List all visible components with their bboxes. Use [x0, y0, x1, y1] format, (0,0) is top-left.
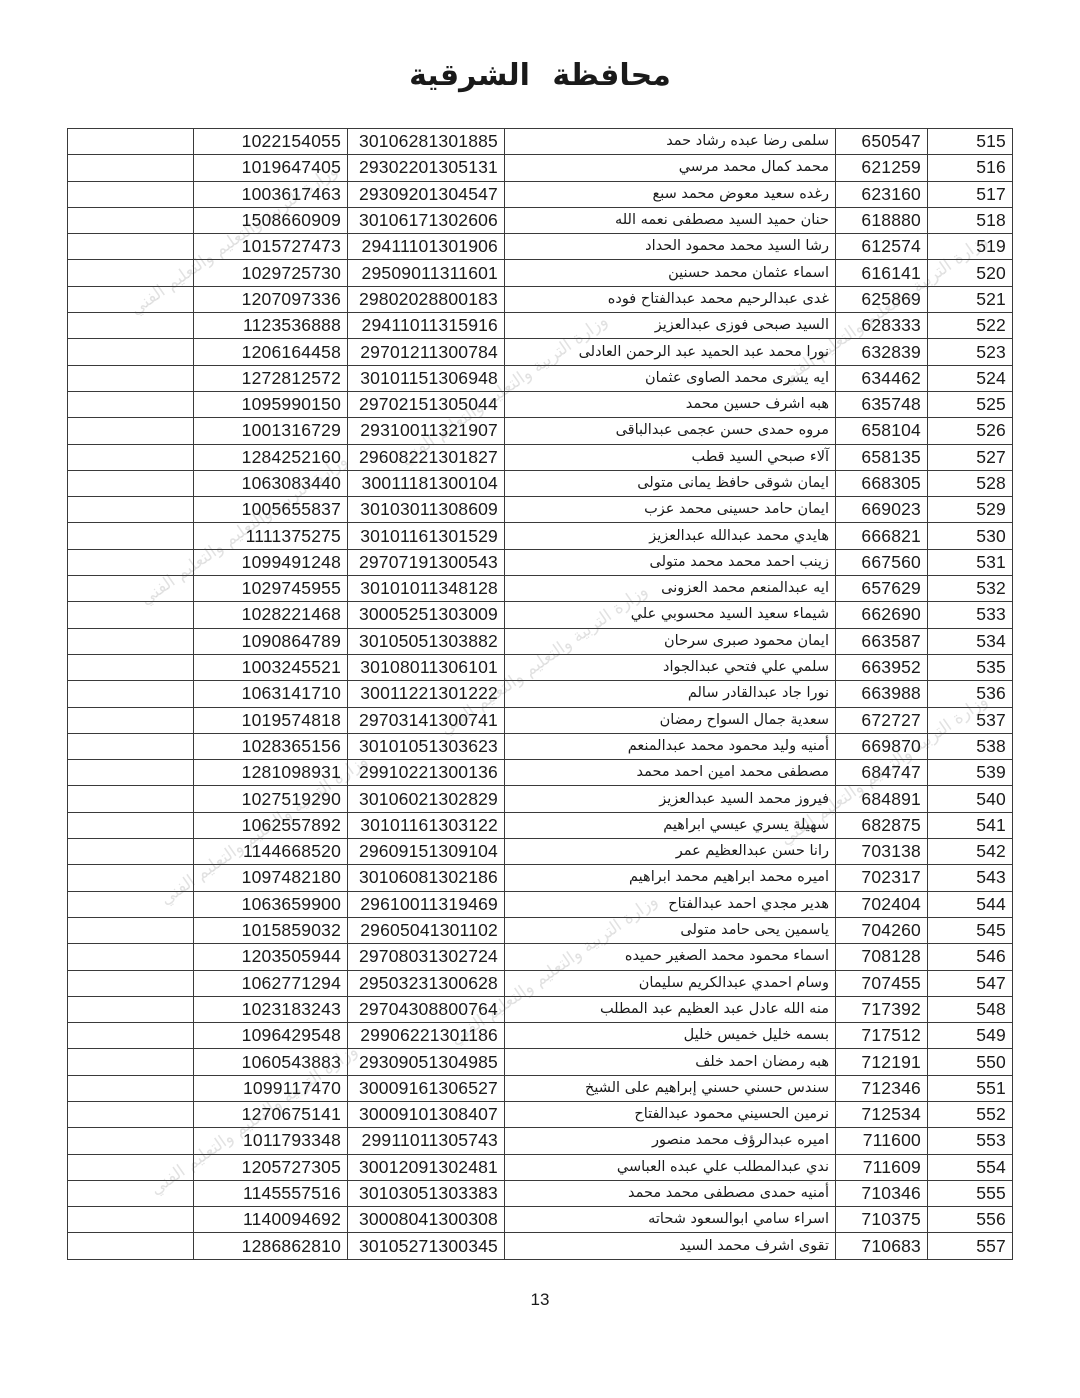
code-cell: 632839: [836, 339, 928, 365]
extra-cell: [68, 602, 194, 628]
seq-cell: 530: [928, 523, 1013, 549]
code-cell: 707455: [836, 970, 928, 996]
name-cell: آلاء صبحي السيد قطب: [505, 444, 836, 470]
extra-cell: [68, 681, 194, 707]
name-cell: اميره محمد ابراهيم محمد ابراهيم: [505, 865, 836, 891]
code-cell: 712346: [836, 1075, 928, 1101]
seq-cell: 516: [928, 155, 1013, 181]
national-id-cell: 30008041300308: [348, 1207, 505, 1233]
phone-cell: 1508660909: [194, 207, 348, 233]
national-id-cell: 30106171302606: [348, 207, 505, 233]
phone-cell: 1003245521: [194, 654, 348, 680]
extra-cell: [68, 865, 194, 891]
seq-cell: 541: [928, 812, 1013, 838]
national-id-cell: 29704308800764: [348, 996, 505, 1022]
table-row: 1019647405 29302201305131 محمد كمال محمد…: [68, 155, 1013, 181]
national-id-cell: 30108011306101: [348, 654, 505, 680]
table-row: 1062557892 30101161303122 سهيلة يسري عيس…: [68, 812, 1013, 838]
code-cell: 712534: [836, 1101, 928, 1127]
code-cell: 612574: [836, 234, 928, 260]
table-row: 1062771294 29503231300628 وسام احمدي عبد…: [68, 970, 1013, 996]
extra-cell: [68, 181, 194, 207]
table-row: 1063659900 29610011319469 هدير مجدي احمد…: [68, 891, 1013, 917]
table-row: 1145557516 30103051303383 أمنيه حمدى مصط…: [68, 1180, 1013, 1206]
seq-cell: 543: [928, 865, 1013, 891]
national-id-cell: 30103051303383: [348, 1180, 505, 1206]
name-cell: شيماء سعيد السيد محسوبي علي: [505, 602, 836, 628]
name-cell: مصطفى محمد امين احمد محمد: [505, 760, 836, 786]
code-cell: 717512: [836, 1023, 928, 1049]
table-row: 1097482180 30106081302186 اميره محمد ابر…: [68, 865, 1013, 891]
seq-cell: 542: [928, 839, 1013, 865]
seq-cell: 538: [928, 733, 1013, 759]
national-id-cell: 29605041301102: [348, 917, 505, 943]
extra-cell: [68, 1207, 194, 1233]
extra-cell: [68, 234, 194, 260]
code-cell: 618880: [836, 207, 928, 233]
seq-cell: 518: [928, 207, 1013, 233]
code-cell: 634462: [836, 365, 928, 391]
national-id-cell: 29310011321907: [348, 418, 505, 444]
phone-cell: 1272812572: [194, 365, 348, 391]
code-cell: 657629: [836, 576, 928, 602]
extra-cell: [68, 549, 194, 575]
extra-cell: [68, 1075, 194, 1101]
phone-cell: 1063141710: [194, 681, 348, 707]
code-cell: 711600: [836, 1128, 928, 1154]
national-id-cell: 30101151306948: [348, 365, 505, 391]
table-row: 1015727473 29411101301906 رشا السيد محمد…: [68, 234, 1013, 260]
national-id-cell: 29911011305743: [348, 1128, 505, 1154]
national-id-cell: 30009161306527: [348, 1075, 505, 1101]
phone-cell: 1019647405: [194, 155, 348, 181]
phone-cell: 1145557516: [194, 1180, 348, 1206]
phone-cell: 1060543883: [194, 1049, 348, 1075]
extra-cell: [68, 733, 194, 759]
extra-cell: [68, 470, 194, 496]
national-id-cell: 29411101301906: [348, 234, 505, 260]
national-id-cell: 29609151309104: [348, 839, 505, 865]
name-cell: ايمان شوقى حافظ يمانى متولى: [505, 470, 836, 496]
name-cell: السيد صبحى فوزى عبدالعزيز: [505, 313, 836, 339]
seq-cell: 515: [928, 129, 1013, 155]
seq-cell: 553: [928, 1128, 1013, 1154]
seq-cell: 552: [928, 1101, 1013, 1127]
table-row: 1027519290 30106021302829 فيروز محمد الس…: [68, 786, 1013, 812]
phone-cell: 1015727473: [194, 234, 348, 260]
code-cell: 663952: [836, 654, 928, 680]
name-cell: محمد كمال محمد مرسي: [505, 155, 836, 181]
table-row: 1281098931 29910221300136 مصطفى محمد امي…: [68, 760, 1013, 786]
national-id-cell: 30101161301529: [348, 523, 505, 549]
phone-cell: 1099491248: [194, 549, 348, 575]
code-cell: 672727: [836, 707, 928, 733]
national-id-cell: 29608221301827: [348, 444, 505, 470]
phone-cell: 1097482180: [194, 865, 348, 891]
national-id-cell: 29610011319469: [348, 891, 505, 917]
name-cell: حنان حميد السيد مصطفى نعمه الله: [505, 207, 836, 233]
extra-cell: [68, 444, 194, 470]
seq-cell: 527: [928, 444, 1013, 470]
seq-cell: 557: [928, 1233, 1013, 1259]
seq-cell: 533: [928, 602, 1013, 628]
name-cell: اسراء سامي ابوالسعود شحاته: [505, 1207, 836, 1233]
seq-cell: 520: [928, 260, 1013, 286]
name-cell: وسام احمدي عبدالكريم سليمان: [505, 970, 836, 996]
phone-cell: 1029725730: [194, 260, 348, 286]
extra-cell: [68, 1154, 194, 1180]
code-cell: 663587: [836, 628, 928, 654]
table-row: 1508660909 30106171302606 حنان حميد السي…: [68, 207, 1013, 233]
code-cell: 684891: [836, 786, 928, 812]
national-id-cell: 29906221301186: [348, 1023, 505, 1049]
name-cell: ايمان محمود صبرى سرحان: [505, 628, 836, 654]
phone-cell: 1206164458: [194, 339, 348, 365]
phone-cell: 1090864789: [194, 628, 348, 654]
code-cell: 663988: [836, 681, 928, 707]
phone-cell: 1003617463: [194, 181, 348, 207]
table-row: 1005655837 30103011308609 ايمان حامد حسي…: [68, 497, 1013, 523]
code-cell: 711609: [836, 1154, 928, 1180]
national-id-cell: 29503231300628: [348, 970, 505, 996]
code-cell: 667560: [836, 549, 928, 575]
phone-cell: 1015859032: [194, 917, 348, 943]
name-cell: ايه عبدالمنعم محمد العزونى: [505, 576, 836, 602]
code-cell: 623160: [836, 181, 928, 207]
name-cell: هبه رمضان احمد خلف: [505, 1049, 836, 1075]
code-cell: 625869: [836, 286, 928, 312]
national-id-cell: 30101051303623: [348, 733, 505, 759]
table-row: 1029725730 29509011311601 اسماء عثمان مح…: [68, 260, 1013, 286]
name-cell: سندس حسني حسني إبراهيم على الشيخ: [505, 1075, 836, 1101]
seq-cell: 531: [928, 549, 1013, 575]
phone-cell: 1062771294: [194, 970, 348, 996]
phone-cell: 1063659900: [194, 891, 348, 917]
table-row: 1011793348 29911011305743 اميره عبدالرؤف…: [68, 1128, 1013, 1154]
table-row: 1015859032 29605041301102 ياسمين يحى حام…: [68, 917, 1013, 943]
name-cell: هدير مجدي احمد عبدالفتاح: [505, 891, 836, 917]
code-cell: 621259: [836, 155, 928, 181]
phone-cell: 1063083440: [194, 470, 348, 496]
table-row: 1001316729 29310011321907 مروه حمدى حسن …: [68, 418, 1013, 444]
seq-cell: 536: [928, 681, 1013, 707]
extra-cell: [68, 391, 194, 417]
table-row: 1003245521 30108011306101 سلمي علي فتحي …: [68, 654, 1013, 680]
name-cell: أمنيه حمدى مصطفى محمد محمد: [505, 1180, 836, 1206]
table-row: 1144668520 29609151309104 رانا حسن عبدال…: [68, 839, 1013, 865]
extra-cell: [68, 286, 194, 312]
table-row: 1095990150 29702151305044 هبه اشرف حسين …: [68, 391, 1013, 417]
national-id-cell: 29702151305044: [348, 391, 505, 417]
seq-cell: 544: [928, 891, 1013, 917]
phone-cell: 1019574818: [194, 707, 348, 733]
table-row: 1284252160 29608221301827 آلاء صبحي السي…: [68, 444, 1013, 470]
seq-cell: 528: [928, 470, 1013, 496]
extra-cell: [68, 707, 194, 733]
extra-cell: [68, 155, 194, 181]
code-cell: 684747: [836, 760, 928, 786]
national-id-cell: 30106021302829: [348, 786, 505, 812]
extra-cell: [68, 129, 194, 155]
name-cell: أمنيه وليد محمود محمد عبدالمنعم: [505, 733, 836, 759]
phone-cell: 1203505944: [194, 944, 348, 970]
phone-cell: 1205727305: [194, 1154, 348, 1180]
extra-cell: [68, 760, 194, 786]
name-cell: غدى عبدالرحيم محمد عبدالفتاح فوده: [505, 286, 836, 312]
table-row: 1206164458 29701211300784 نورا محمد عبد …: [68, 339, 1013, 365]
phone-cell: 1005655837: [194, 497, 348, 523]
name-cell: مروه حمدى حسن عجمى عبدالباقى: [505, 418, 836, 444]
phone-cell: 1123536888: [194, 313, 348, 339]
table-row: 1123536888 29411011315916 السيد صبحى فوز…: [68, 313, 1013, 339]
national-id-cell: 30106081302186: [348, 865, 505, 891]
extra-cell: [68, 1128, 194, 1154]
code-cell: 635748: [836, 391, 928, 417]
national-id-cell: 30011221301222: [348, 681, 505, 707]
code-cell: 710346: [836, 1180, 928, 1206]
national-id-cell: 29708031302724: [348, 944, 505, 970]
phone-cell: 1023183243: [194, 996, 348, 1022]
phone-cell: 1286862810: [194, 1233, 348, 1259]
table-row: 1063083440 30011181300104 ايمان شوقى حاف…: [68, 470, 1013, 496]
code-cell: 682875: [836, 812, 928, 838]
phone-cell: 1111375275: [194, 523, 348, 549]
table-row: 1286862810 30105271300345 تقوى اشرف محمد…: [68, 1233, 1013, 1259]
code-cell: 712191: [836, 1049, 928, 1075]
extra-cell: [68, 365, 194, 391]
extra-cell: [68, 1233, 194, 1259]
national-id-cell: 30101161303122: [348, 812, 505, 838]
seq-cell: 532: [928, 576, 1013, 602]
code-cell: 717392: [836, 996, 928, 1022]
code-cell: 710683: [836, 1233, 928, 1259]
table-row: 1203505944 29708031302724 اسماء محمود مح…: [68, 944, 1013, 970]
table-row: 1099117470 30009161306527 سندس حسني حسني…: [68, 1075, 1013, 1101]
table-row: 1028365156 30101051303623 أمنيه وليد محم…: [68, 733, 1013, 759]
national-id-cell: 30103011308609: [348, 497, 505, 523]
table-row: 1060543883 29309051304985 هبه رمضان احمد…: [68, 1049, 1013, 1075]
table-row: 1063141710 30011221301222 نورا جاد عبدال…: [68, 681, 1013, 707]
seq-cell: 539: [928, 760, 1013, 786]
extra-cell: [68, 812, 194, 838]
national-id-cell: 30005251303009: [348, 602, 505, 628]
national-id-cell: 29411011315916: [348, 313, 505, 339]
extra-cell: [68, 497, 194, 523]
phone-cell: 1099117470: [194, 1075, 348, 1101]
seq-cell: 523: [928, 339, 1013, 365]
name-cell: هبه اشرف حسين محمد: [505, 391, 836, 417]
name-cell: ياسمين يحى حامد متولى: [505, 917, 836, 943]
name-cell: رانا حسن عبدالعظيم عمر: [505, 839, 836, 865]
phone-cell: 1284252160: [194, 444, 348, 470]
table-row: 1023183243 29704308800764 منه الله عادل …: [68, 996, 1013, 1022]
name-cell: سعدية جمال السواح رمضان: [505, 707, 836, 733]
extra-cell: [68, 917, 194, 943]
seq-cell: 549: [928, 1023, 1013, 1049]
phone-cell: 1011793348: [194, 1128, 348, 1154]
national-id-cell: 29707191300543: [348, 549, 505, 575]
national-id-cell: 30009101308407: [348, 1101, 505, 1127]
name-cell: اميره عبدالرؤف محمد منصور: [505, 1128, 836, 1154]
name-cell: هايدي محمد عبدالله عبدالعزيز: [505, 523, 836, 549]
seq-cell: 534: [928, 628, 1013, 654]
phone-cell: 1207097336: [194, 286, 348, 312]
code-cell: 658104: [836, 418, 928, 444]
seq-cell: 545: [928, 917, 1013, 943]
phone-cell: 1028365156: [194, 733, 348, 759]
seq-cell: 540: [928, 786, 1013, 812]
extra-cell: [68, 944, 194, 970]
phone-cell: 1028221468: [194, 602, 348, 628]
extra-cell: [68, 654, 194, 680]
extra-cell: [68, 628, 194, 654]
seq-cell: 524: [928, 365, 1013, 391]
name-cell: رغده سعيد معوض محمد سبع: [505, 181, 836, 207]
name-cell: اسماء محمود محمد الصغير حميده: [505, 944, 836, 970]
extra-cell: [68, 839, 194, 865]
phone-cell: 1022154055: [194, 129, 348, 155]
code-cell: 658135: [836, 444, 928, 470]
national-id-cell: 30012091302481: [348, 1154, 505, 1180]
name-cell: ايه يسرى محمد الصاوى عثمان: [505, 365, 836, 391]
extra-cell: [68, 576, 194, 602]
seq-cell: 555: [928, 1180, 1013, 1206]
seq-cell: 548: [928, 996, 1013, 1022]
table-row: 1140094692 30008041300308 اسراء سامي ابو…: [68, 1207, 1013, 1233]
table-row: 1019574818 29703141300741 سعدية جمال الس…: [68, 707, 1013, 733]
name-cell: تقوى اشرف محمد السيد: [505, 1233, 836, 1259]
national-id-cell: 29309051304985: [348, 1049, 505, 1075]
table-row: 1270675141 30009101308407 نرمين الحسيني …: [68, 1101, 1013, 1127]
phone-cell: 1027519290: [194, 786, 348, 812]
table-row: 1099491248 29707191300543 زينب احمد محمد…: [68, 549, 1013, 575]
phone-cell: 1140094692: [194, 1207, 348, 1233]
name-cell: فيروز محمد السيد عبدالعزيز: [505, 786, 836, 812]
national-id-cell: 29302201305131: [348, 155, 505, 181]
roster-table-body: 1022154055 30106281301885 سلمى رضا عبده …: [68, 129, 1013, 1260]
national-id-cell: 29309201304547: [348, 181, 505, 207]
extra-cell: [68, 970, 194, 996]
table-row: 1090864789 30105051303882 ايمان محمود صب…: [68, 628, 1013, 654]
seq-cell: 550: [928, 1049, 1013, 1075]
extra-cell: [68, 339, 194, 365]
national-id-cell: 29509011311601: [348, 260, 505, 286]
name-cell: رشا السيد محمد محمود الحداد: [505, 234, 836, 260]
extra-cell: [68, 1180, 194, 1206]
table-row: 1029745955 30101011348128 ايه عبدالمنعم …: [68, 576, 1013, 602]
code-cell: 616141: [836, 260, 928, 286]
seq-cell: 554: [928, 1154, 1013, 1180]
national-id-cell: 29802028800183: [348, 286, 505, 312]
seq-cell: 546: [928, 944, 1013, 970]
national-id-cell: 29703141300741: [348, 707, 505, 733]
national-id-cell: 30105051303882: [348, 628, 505, 654]
seq-cell: 521: [928, 286, 1013, 312]
code-cell: 666821: [836, 523, 928, 549]
code-cell: 628333: [836, 313, 928, 339]
national-id-cell: 29910221300136: [348, 760, 505, 786]
phone-cell: 1144668520: [194, 839, 348, 865]
seq-cell: 551: [928, 1075, 1013, 1101]
phone-cell: 1029745955: [194, 576, 348, 602]
seq-cell: 537: [928, 707, 1013, 733]
name-cell: سهيلة يسري عيسي ابراهيم: [505, 812, 836, 838]
seq-cell: 547: [928, 970, 1013, 996]
seq-cell: 525: [928, 391, 1013, 417]
extra-cell: [68, 207, 194, 233]
table-row: 1003617463 29309201304547 رغده سعيد معوض…: [68, 181, 1013, 207]
code-cell: 668305: [836, 470, 928, 496]
seq-cell: 535: [928, 654, 1013, 680]
page-title: محافظة الشرقية: [0, 58, 1080, 93]
seq-cell: 519: [928, 234, 1013, 260]
code-cell: 650547: [836, 129, 928, 155]
extra-cell: [68, 523, 194, 549]
table-row: 1022154055 30106281301885 سلمى رضا عبده …: [68, 129, 1013, 155]
seq-cell: 556: [928, 1207, 1013, 1233]
name-cell: ايمان حامد حسينى محمد عزب: [505, 497, 836, 523]
national-id-cell: 29701211300784: [348, 339, 505, 365]
extra-cell: [68, 996, 194, 1022]
extra-cell: [68, 1023, 194, 1049]
name-cell: اسماء عثمان محمد حسنين: [505, 260, 836, 286]
code-cell: 710375: [836, 1207, 928, 1233]
name-cell: منه الله عادل عبد العظيم عبد المطلب: [505, 996, 836, 1022]
table-row: 1028221468 30005251303009 شيماء سعيد الس…: [68, 602, 1013, 628]
name-cell: نرمين الحسيني محمود عبدالفتاح: [505, 1101, 836, 1127]
code-cell: 669870: [836, 733, 928, 759]
seq-cell: 526: [928, 418, 1013, 444]
extra-cell: [68, 313, 194, 339]
extra-cell: [68, 891, 194, 917]
extra-cell: [68, 786, 194, 812]
extra-cell: [68, 260, 194, 286]
name-cell: زينب احمد محمد محمد متولى: [505, 549, 836, 575]
code-cell: 702404: [836, 891, 928, 917]
code-cell: 708128: [836, 944, 928, 970]
table-row: 1272812572 30101151306948 ايه يسرى محمد …: [68, 365, 1013, 391]
table-row: 1205727305 30012091302481 ندي عبدالمطلب …: [68, 1154, 1013, 1180]
extra-cell: [68, 418, 194, 444]
name-cell: بسمه خليل خميس خليل: [505, 1023, 836, 1049]
national-id-cell: 30105271300345: [348, 1233, 505, 1259]
phone-cell: 1281098931: [194, 760, 348, 786]
code-cell: 704260: [836, 917, 928, 943]
seq-cell: 517: [928, 181, 1013, 207]
extra-cell: [68, 1049, 194, 1075]
roster-table: 1022154055 30106281301885 سلمى رضا عبده …: [67, 128, 1013, 1260]
name-cell: ندي عبدالمطلب علي عبده العباسي: [505, 1154, 836, 1180]
national-id-cell: 30106281301885: [348, 129, 505, 155]
table-row: 1207097336 29802028800183 غدى عبدالرحيم …: [68, 286, 1013, 312]
phone-cell: 1096429548: [194, 1023, 348, 1049]
name-cell: نورا محمد عبد الحميد عبد الرحمن العادلى: [505, 339, 836, 365]
code-cell: 662690: [836, 602, 928, 628]
phone-cell: 1062557892: [194, 812, 348, 838]
table-row: 1111375275 30101161301529 هايدي محمد عبد…: [68, 523, 1013, 549]
code-cell: 702317: [836, 865, 928, 891]
seq-cell: 522: [928, 313, 1013, 339]
table-row: 1096429548 29906221301186 بسمه خليل خميس…: [68, 1023, 1013, 1049]
national-id-cell: 30011181300104: [348, 470, 505, 496]
national-id-cell: 30101011348128: [348, 576, 505, 602]
phone-cell: 1095990150: [194, 391, 348, 417]
extra-cell: [68, 1101, 194, 1127]
phone-cell: 1270675141: [194, 1101, 348, 1127]
page-number: 13: [0, 1290, 1080, 1310]
code-cell: 669023: [836, 497, 928, 523]
name-cell: سلمي علي فتحي عبدالجواد: [505, 654, 836, 680]
